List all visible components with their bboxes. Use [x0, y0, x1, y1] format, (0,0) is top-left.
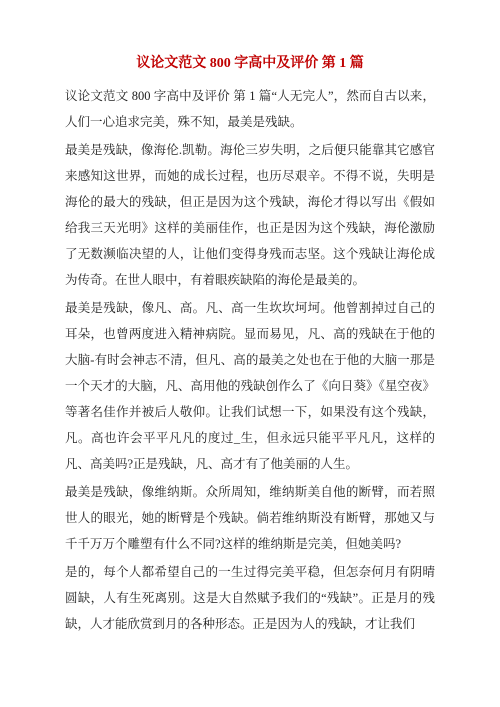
paragraph-intro: 议论文范文 800 字高中及评价 第 1 篇“人无完人”，然而自古以来，人们一心… — [65, 83, 435, 135]
paragraph-venus: 最美是残缺，像维纳斯。众所周知，维纳斯美自他的断臂，而若照世人的眼光，她的断臂是… — [65, 479, 435, 557]
document-title: 议论文范文 800 字高中及评价 第 1 篇 — [65, 52, 435, 76]
document-page: 议论文范文 800 字高中及评价 第 1 篇 议论文范文 800 字高中及评价 … — [0, 0, 500, 707]
document-content: 议论文范文 800 字高中及评价 第 1 篇 议论文范文 800 字高中及评价 … — [65, 0, 435, 637]
paragraph-conclusion: 是的，每个人都希望自己的一生过得完美平稳，但怎奈何月有阴晴圆缺，人有生死离别。这… — [65, 559, 435, 637]
paragraph-van-gogh: 最美是残缺，像凡、高。凡、高一生坎坎坷坷。他曾割掉过自己的耳朵，也曾两度进入精神… — [65, 295, 435, 477]
paragraph-helen-keller: 最美是残缺，像海伦.凯勒。海伦三岁失明，之后便只能靠其它感官来感知这世界，而她的… — [65, 137, 435, 293]
